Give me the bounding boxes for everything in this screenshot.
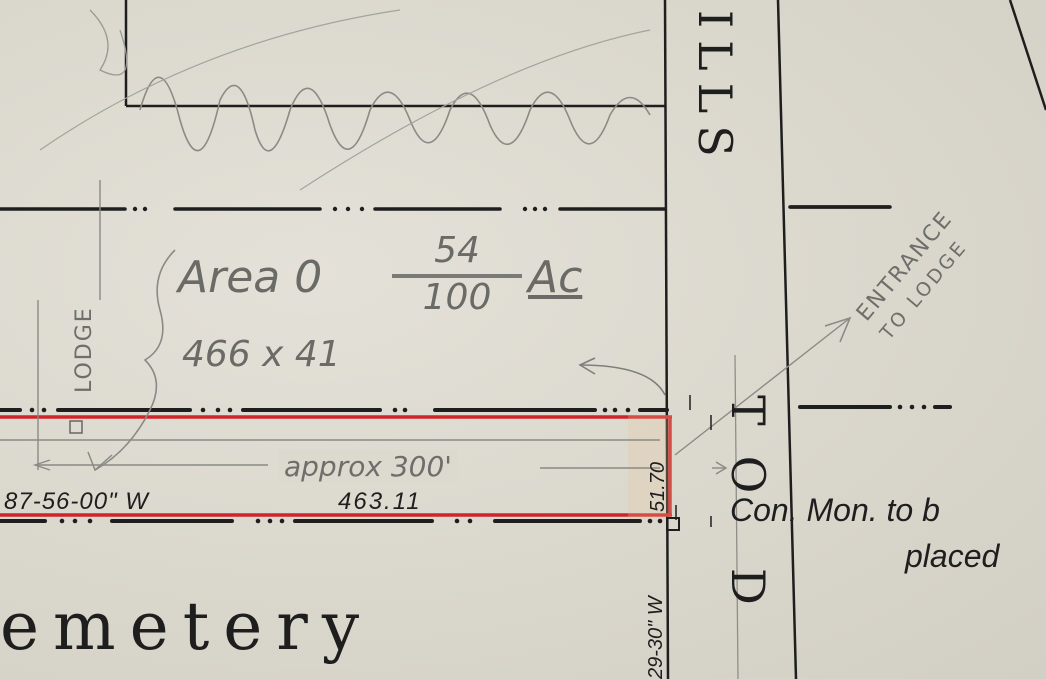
east-side-length-label: 51.70 — [647, 462, 670, 512]
area-unit-text: Ac — [528, 252, 582, 303]
area-label-text: Area 0 — [178, 252, 322, 303]
area-fraction-denominator: 100 — [392, 278, 522, 318]
lodge-label-text: LODGE — [72, 306, 97, 393]
approx-length-text: approx 300' — [284, 450, 452, 483]
cemetery-label: emetery — [0, 588, 373, 665]
south-length-label: 463.11 — [338, 488, 422, 516]
area-fraction: 54 100 — [392, 228, 522, 318]
lodge-label: LODGE — [72, 306, 97, 393]
south-bearing-text: 87-56-00" W — [4, 488, 149, 515]
dimensions-annotation: 466 x 41 — [182, 334, 341, 375]
pencil-brace — [95, 250, 175, 470]
south-length-text: 463.11 — [338, 488, 422, 515]
pencil-curved-arrow — [580, 365, 665, 395]
area-unit: Ac — [528, 252, 582, 303]
monument-note-line2-text: placed — [905, 538, 999, 574]
approx-length-label: approx 300' — [278, 450, 458, 483]
monument-note-line2: placed — [905, 538, 999, 575]
street-name-upper: ILLS — [688, 10, 742, 169]
dimensions-text: 466 x 41 — [182, 334, 341, 375]
east-side-length-text: 51.70 — [647, 462, 669, 512]
pencil-wavy-scribble — [140, 77, 650, 151]
monument-note-line1-text: Con. Mon. to b — [730, 492, 940, 528]
monument-marker — [70, 421, 82, 433]
survey-plat: ILLS TO D emetery LODGE Area 0 54 100 Ac… — [0, 0, 1046, 679]
street-name-upper-text: ILLS — [688, 10, 742, 169]
area-fraction-numerator: 54 — [392, 228, 522, 278]
east-bearing-label: 29-30" W — [645, 596, 668, 679]
east-bearing-text: 29-30" W — [645, 596, 667, 679]
monument-note-line1: Con. Mon. to b — [730, 492, 940, 529]
property-line-lodge-north — [0, 407, 950, 410]
upper-parcel-outline — [126, 0, 665, 106]
area-annotation: Area 0 — [178, 252, 322, 303]
monument-marker — [667, 518, 679, 530]
south-bearing-label: 87-56-00" W — [4, 488, 149, 516]
cemetery-label-text: emetery — [0, 588, 373, 665]
